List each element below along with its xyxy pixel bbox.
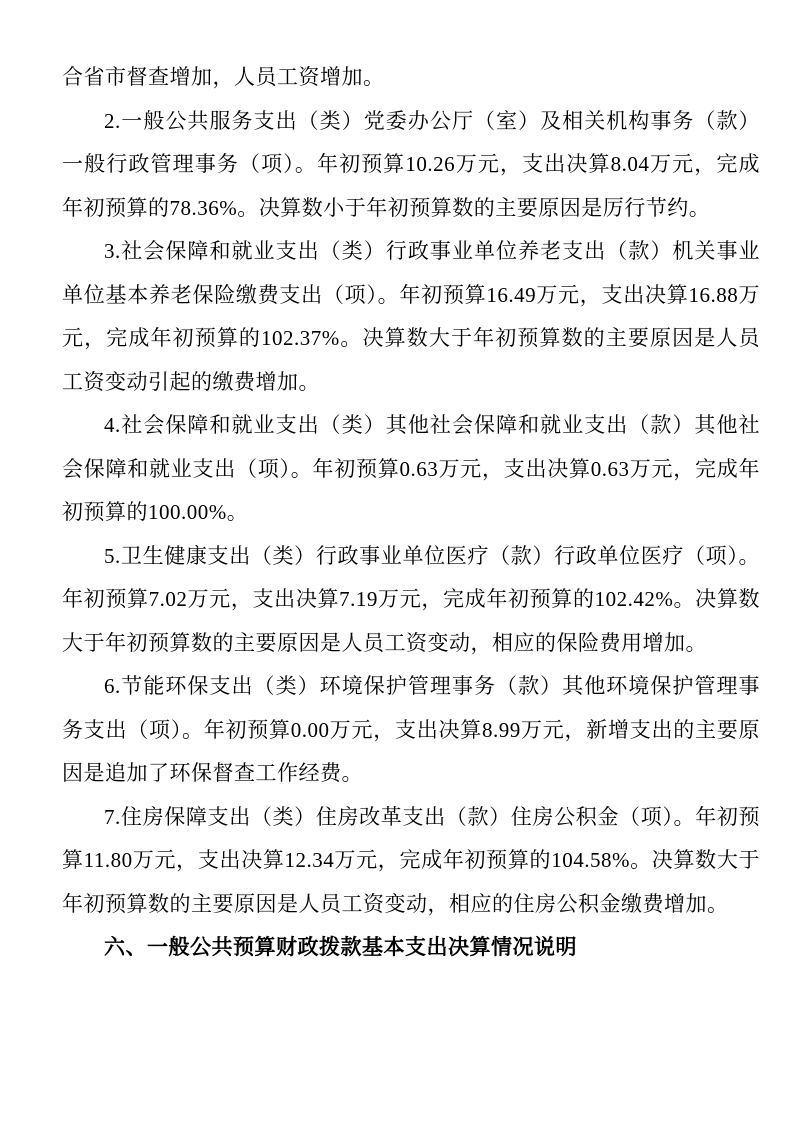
paragraph-item-6: 6.节能环保支出（类）环境保护管理事务（款）其他环境保护管理事务支出（项）。年初… xyxy=(62,665,760,796)
paragraph-continuation: 合省市督查增加，人员工资增加。 xyxy=(62,56,760,100)
paragraph-item-7: 7.住房保障支出（类）住房改革支出（款）住房公积金（项）。年初预算11.80万元… xyxy=(62,796,760,927)
paragraph-item-3: 3.社会保障和就业支出（类）行政事业单位养老支出（款）机关事业单位基本养老保险缴… xyxy=(62,230,760,404)
paragraph-item-4: 4.社会保障和就业支出（类）其他社会保障和就业支出（款）其他社会保障和就业支出（… xyxy=(62,404,760,535)
paragraph-item-5: 5.卫生健康支出（类）行政事业单位医疗（款）行政单位医疗（项）。年初预算7.02… xyxy=(62,535,760,666)
section-heading: 六、一般公共预算财政拨款基本支出决算情况说明 xyxy=(62,926,760,970)
paragraph-item-2: 2.一般公共服务支出（类）党委办公厅（室）及相关机构事务（款）一般行政管理事务（… xyxy=(62,100,760,231)
document-page: 合省市督查增加，人员工资增加。 2.一般公共服务支出（类）党委办公厅（室）及相关… xyxy=(0,0,793,1122)
